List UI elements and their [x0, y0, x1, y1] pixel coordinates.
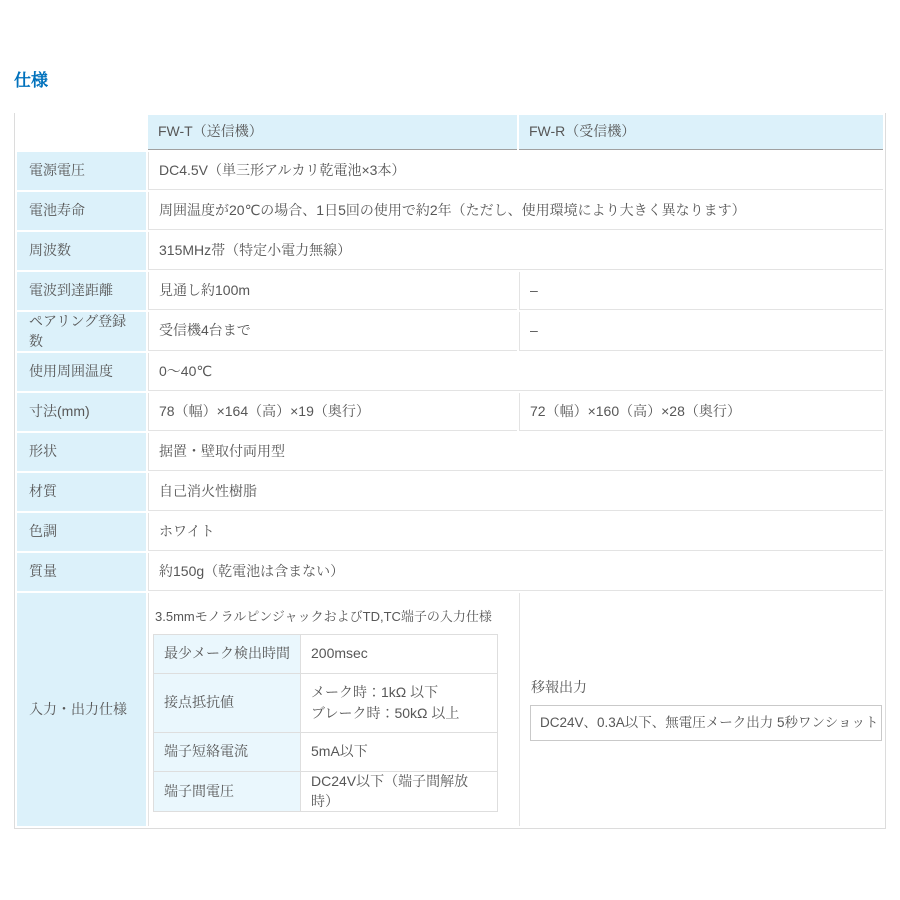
row-label-ambient-temp: 使用周囲温度 — [17, 353, 146, 391]
table-row-power: 電源電圧 DC4.5V（単三形アルカリ乾電池×3本） — [17, 152, 883, 190]
input-spec-value-contact-resistance: メーク時：1kΩ 以下 ブレーク時：50kΩ 以上 — [301, 674, 498, 733]
input-spec-table: 最少メーク検出時間 200msec 接点抵抗値 メーク時：1kΩ 以下 ブレーク… — [153, 634, 498, 812]
page-title: 仕様 — [14, 0, 886, 90]
row-label-power: 電源電圧 — [17, 152, 146, 190]
input-spec-label-short-current: 端子短絡電流 — [154, 733, 301, 772]
row-label-material: 材質 — [17, 473, 146, 511]
io-output-cell: 移報出力 DC24V、0.3A以下、無電圧メーク出力 5秒ワンショット — [519, 593, 883, 826]
cell-value-weight: 約150g（乾電池は含まない） — [148, 553, 883, 591]
table-row-weight: 質量 約150g（乾電池は含まない） — [17, 553, 883, 591]
input-spec-label-terminal-voltage: 端子間電圧 — [154, 772, 301, 812]
table-row-dimensions: 寸法(mm) 78（幅）×164（高）×19（奥行） 72（幅）×160（高）×… — [17, 393, 883, 431]
table-row-color: 色調 ホワイト — [17, 513, 883, 551]
row-label-pairing: ペアリング登録数 — [17, 312, 146, 351]
cell-value-pairing-receiver: – — [519, 312, 883, 351]
table-row-frequency: 周波数 315MHz帯（特定小電力無線） — [17, 232, 883, 270]
cell-value-color: ホワイト — [148, 513, 883, 551]
io-input-cell: 3.5mmモノラルピンジャックおよびTD,TC端子の入力仕様 最少メーク検出時間… — [148, 593, 517, 826]
input-spec-caption: 3.5mmモノラルピンジャックおよびTD,TC端子の入力仕様 — [155, 608, 507, 626]
header-row: FW-T（送信機） FW-R（受信機） — [17, 115, 883, 150]
spec-page: 仕様 FW-T（送信機） FW-R（受信機） 電源電圧 DC4.5V（単三形アル… — [0, 0, 900, 829]
input-spec-value-short-current: 5mA以下 — [301, 733, 498, 772]
spec-table: FW-T（送信機） FW-R（受信機） 電源電圧 DC4.5V（単三形アルカリ乾… — [14, 113, 886, 829]
input-spec-label-detect-time: 最少メーク検出時間 — [154, 635, 301, 674]
header-blank-cell — [17, 115, 146, 150]
column-header-receiver: FW-R（受信機） — [519, 115, 883, 150]
table-row-shape: 形状 据置・壁取付両用型 — [17, 433, 883, 471]
row-label-io-spec: 入力・出力仕様 — [17, 593, 146, 826]
table-row-ambient-temp: 使用周囲温度 0～40℃ — [17, 353, 883, 391]
cell-value-shape: 据置・壁取付両用型 — [148, 433, 883, 471]
cell-value-battery-life: 周囲温度が20℃の場合、1日5回の使用で約2年（ただし、使用環境により大きく異な… — [148, 192, 883, 230]
input-spec-row-short-current: 端子短絡電流 5mA以下 — [154, 733, 498, 772]
cell-value-pairing-transmitter: 受信機4台まで — [148, 312, 517, 351]
cell-value-frequency: 315MHz帯（特定小電力無線） — [148, 232, 883, 270]
cell-value-ambient-temp: 0～40℃ — [148, 353, 883, 391]
cell-value-material: 自己消火性樹脂 — [148, 473, 883, 511]
table-row-material: 材質 自己消火性樹脂 — [17, 473, 883, 511]
column-header-transmitter: FW-T（送信機） — [148, 115, 517, 150]
contact-resistance-make: メーク時：1kΩ 以下 — [311, 682, 487, 704]
relay-output-box: DC24V、0.3A以下、無電圧メーク出力 5秒ワンショット — [530, 705, 882, 742]
input-spec-value-terminal-voltage: DC24V以下（端子間解放時） — [301, 772, 498, 812]
cell-value-dimensions-transmitter: 78（幅）×164（高）×19（奥行） — [148, 393, 517, 431]
row-label-frequency: 周波数 — [17, 232, 146, 270]
cell-value-radio-range-receiver: – — [519, 272, 883, 310]
table-row-pairing: ペアリング登録数 受信機4台まで – — [17, 312, 883, 351]
input-spec-row-contact-resistance: 接点抵抗値 メーク時：1kΩ 以下 ブレーク時：50kΩ 以上 — [154, 674, 498, 733]
table-row-radio-range: 電波到達距離 見通し約100m – — [17, 272, 883, 310]
row-label-radio-range: 電波到達距離 — [17, 272, 146, 310]
table-row-battery-life: 電池寿命 周囲温度が20℃の場合、1日5回の使用で約2年（ただし、使用環境により… — [17, 192, 883, 230]
input-spec-row-terminal-voltage: 端子間電圧 DC24V以下（端子間解放時） — [154, 772, 498, 812]
input-spec-row-detect-time: 最少メーク検出時間 200msec — [154, 635, 498, 674]
row-label-dimensions: 寸法(mm) — [17, 393, 146, 431]
input-spec-value-detect-time: 200msec — [301, 635, 498, 674]
row-label-weight: 質量 — [17, 553, 146, 591]
cell-value-radio-range-transmitter: 見通し約100m — [148, 272, 517, 310]
cell-value-dimensions-receiver: 72（幅）×160（高）×28（奥行） — [519, 393, 883, 431]
row-label-battery-life: 電池寿命 — [17, 192, 146, 230]
relay-output-label: 移報出力 — [531, 678, 875, 698]
contact-resistance-break: ブレーク時：50kΩ 以上 — [311, 703, 487, 725]
cell-value-power: DC4.5V（単三形アルカリ乾電池×3本） — [148, 152, 883, 190]
input-spec-label-contact-resistance: 接点抵抗値 — [154, 674, 301, 733]
table-row-io-spec: 入力・出力仕様 3.5mmモノラルピンジャックおよびTD,TC端子の入力仕様 最… — [17, 593, 883, 826]
row-label-shape: 形状 — [17, 433, 146, 471]
row-label-color: 色調 — [17, 513, 146, 551]
